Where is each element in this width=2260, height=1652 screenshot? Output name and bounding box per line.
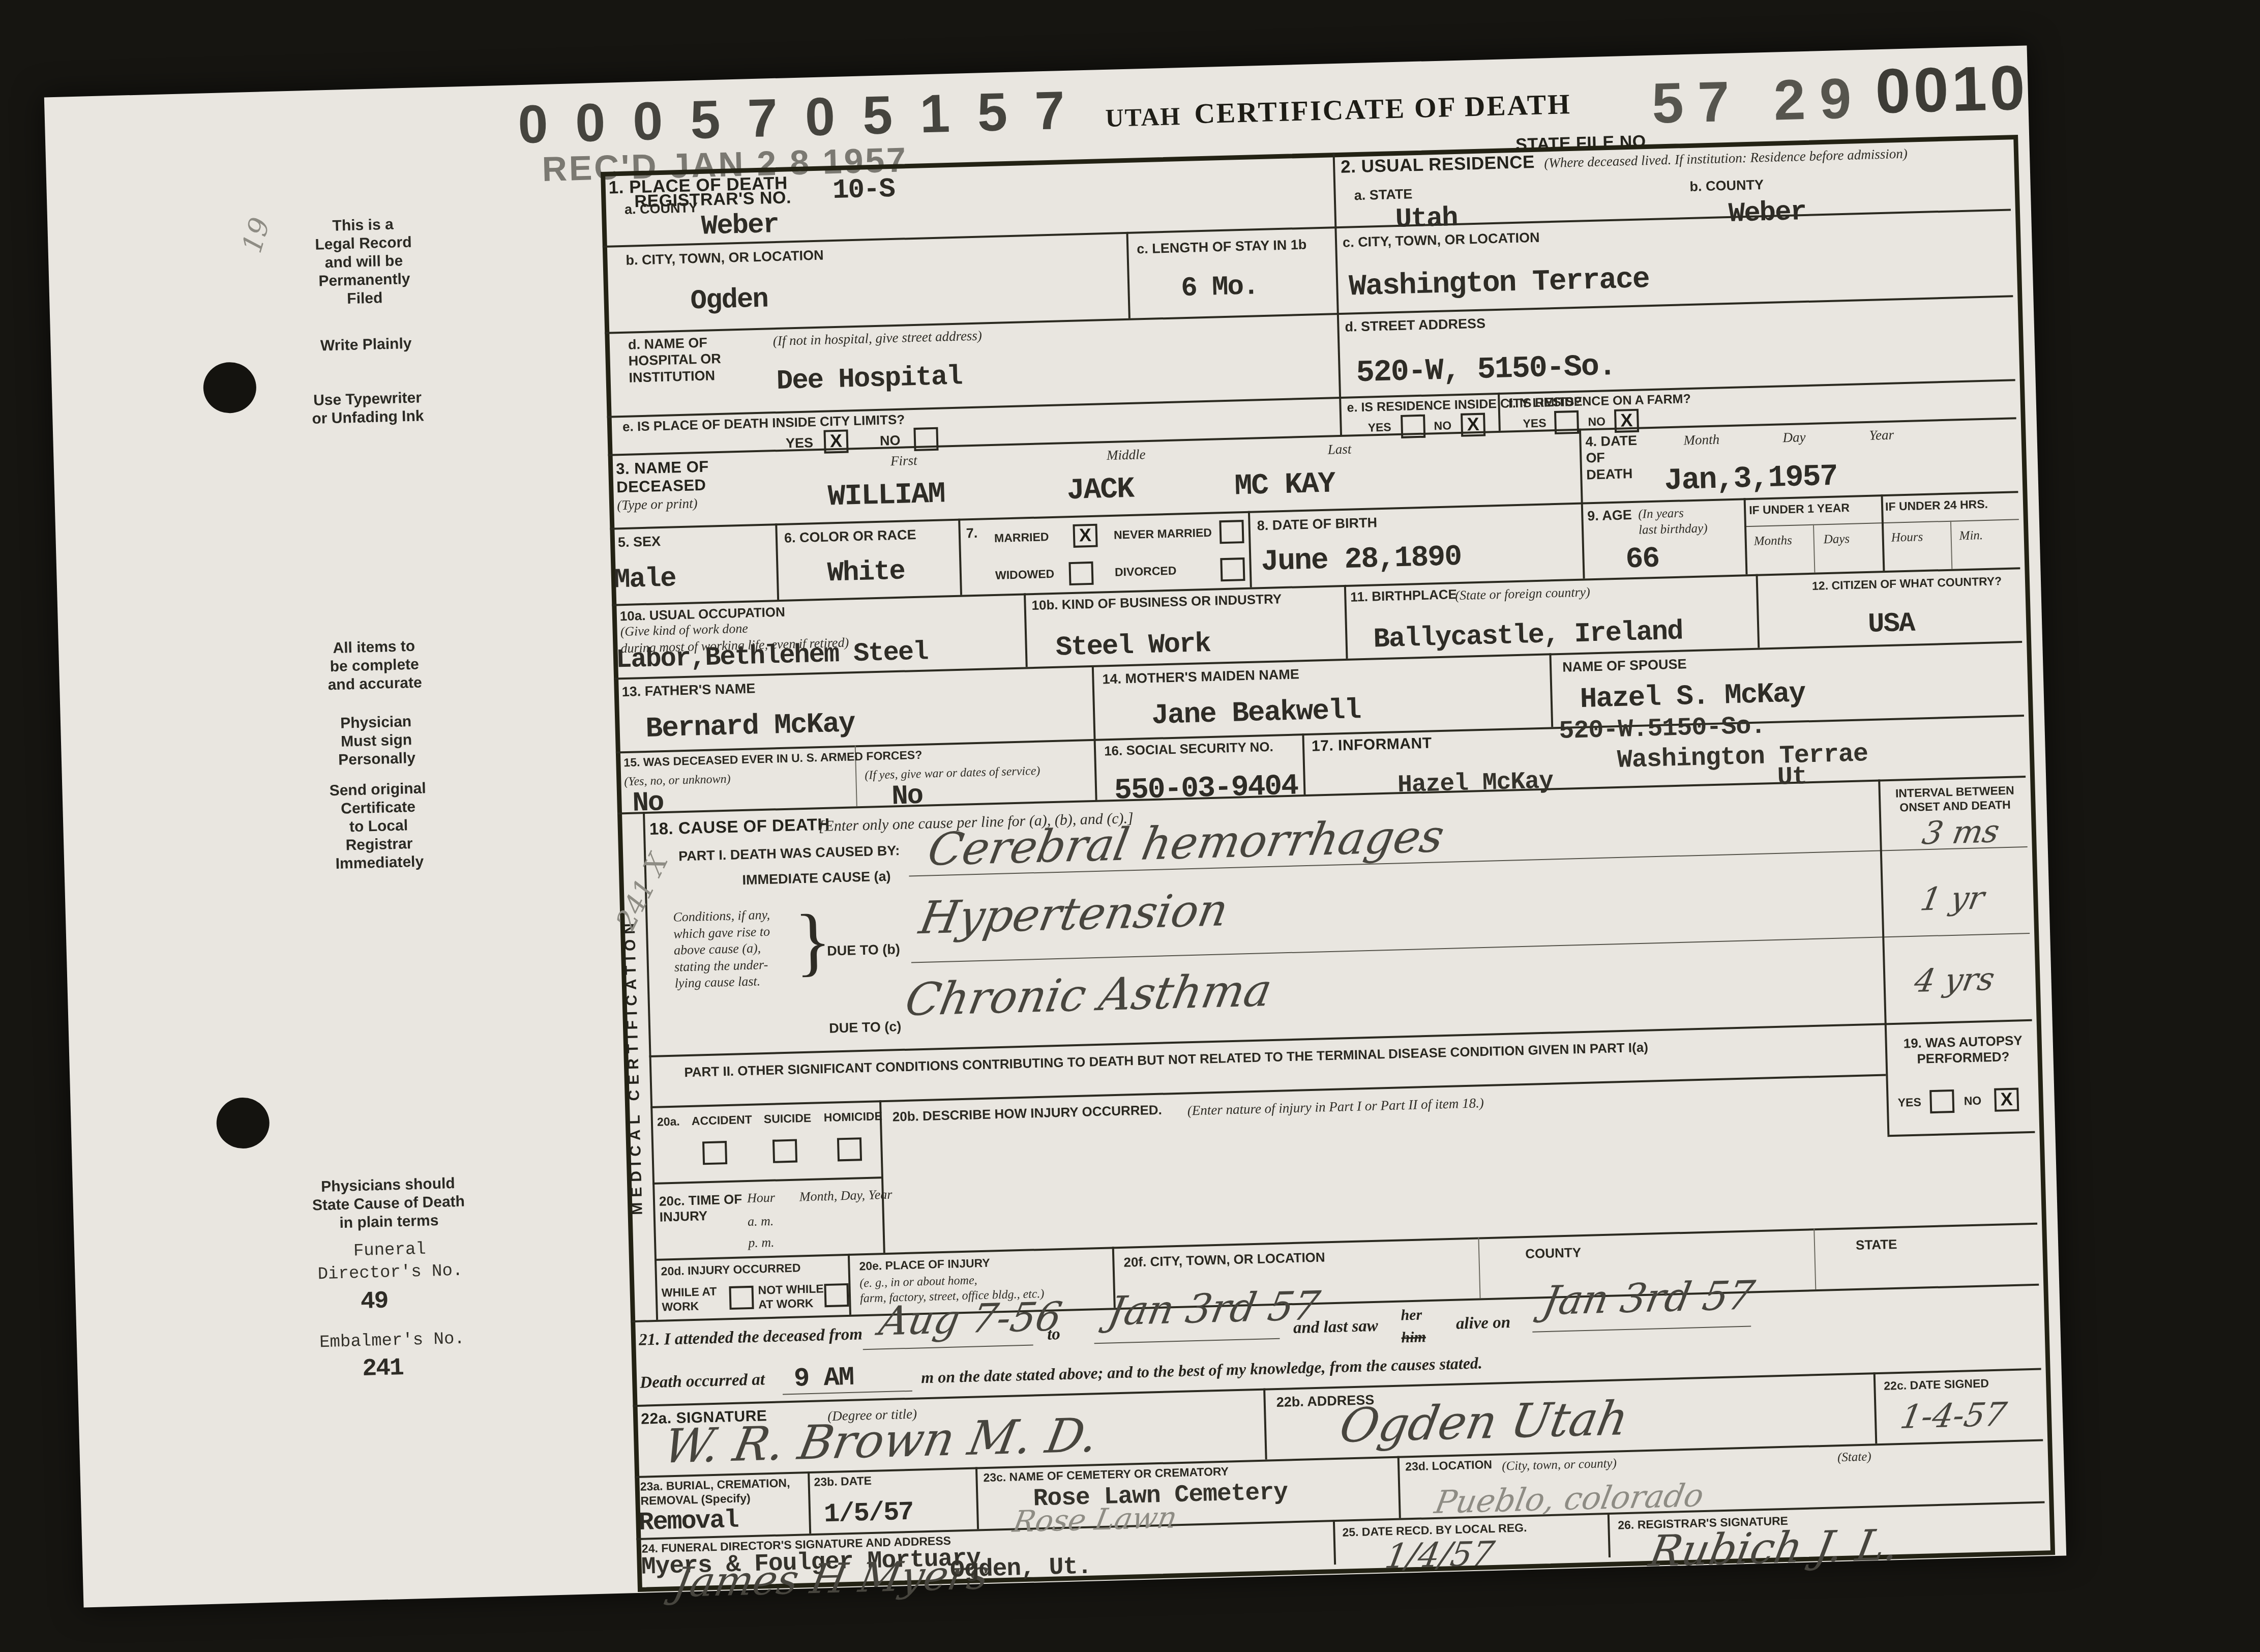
field-7-married-checkbox: X — [1073, 524, 1097, 548]
field-15-value1: No — [632, 789, 664, 818]
attended-from-handwriting: Aug 7-56 — [876, 1297, 1065, 1342]
name-of-spouse-label: NAME OF SPOUSE — [1562, 656, 1687, 675]
field-1c-value: 6 Mo. — [1181, 273, 1259, 303]
field-7-divorced-label: DIVORCED — [1115, 564, 1177, 580]
interval-label: INTERVAL BETWEEN ONSET AND DEATH — [1886, 783, 2024, 815]
conditions-note: Conditions, if any, which gave rise to a… — [673, 907, 772, 992]
field-21-last-saw-text: and last saw — [1293, 1316, 1378, 1339]
field-4-year-header: Year — [1869, 427, 1894, 445]
funeral-directors-no-value: 49 — [360, 1289, 388, 1314]
pencil-note-19: 19 — [235, 214, 276, 256]
suicide-label: SUICIDE — [764, 1111, 812, 1127]
field-1a-value: Weber — [701, 212, 779, 241]
field-15-value2: No — [891, 783, 923, 811]
field-1b-value: Ogden — [690, 286, 768, 315]
field-20c-label: 20c. TIME OF INJURY — [659, 1191, 743, 1225]
death-occurred-at-label: Death occurred at — [640, 1370, 765, 1393]
while-at-work-label: WHILE AT WORK — [661, 1285, 717, 1314]
field-2e-no-label: NO — [1434, 419, 1451, 433]
field-7-married-label: MARRIED — [994, 530, 1049, 545]
field-2e-no-checkbox: X — [1461, 413, 1485, 437]
homicide-label: HOMICIDE — [823, 1109, 882, 1125]
field-4-day-header: Day — [1782, 429, 1806, 447]
field-2e-yes-checkbox — [1401, 415, 1425, 438]
margin-note-plain-terms: Physicians should State Cause of Death i… — [296, 1174, 481, 1233]
field-10b-value: Steel Work — [1055, 631, 1210, 662]
field-19-yes-checkbox — [1929, 1089, 1954, 1113]
field-17-address-line3: Ut — [1777, 764, 1807, 791]
field-3-first-header: First — [890, 452, 917, 470]
field-7-widowed-label: WIDOWED — [995, 567, 1055, 583]
margin-note-send-original: Send original Certificate to Local Regis… — [286, 778, 471, 874]
field-3-middle-value: JACK — [1066, 475, 1134, 506]
field-3-last-value: MC KAY — [1234, 469, 1335, 501]
field-9-note: (In years last birthday) — [1638, 505, 1708, 538]
field-7-number: 7. — [966, 525, 977, 542]
field-11-note: (State or foreign country) — [1455, 584, 1590, 604]
field-2b-label: b. COUNTY — [1689, 176, 1764, 195]
field-12-value: USA — [1867, 610, 1915, 639]
field-2a-value: Utah — [1395, 205, 1458, 234]
field-5-label: 5. SEX — [618, 533, 661, 551]
date-signed-handwriting: 1-4-57 — [1898, 1398, 2009, 1434]
margin-note-all-items: All items to be complete and accurate — [282, 636, 467, 695]
margin-note-typewriter: Use Typewriter or Unfading Ink — [276, 388, 460, 429]
field-6-value: White — [827, 558, 905, 588]
interval-b-handwriting: 1 yr — [1918, 882, 1987, 916]
field-20c-pm-label: p. m. — [748, 1234, 775, 1252]
under-1-year-months-header: Months — [1753, 533, 1792, 549]
name-of-spouse-value: Hazel S. McKay — [1580, 679, 1805, 714]
embalmers-no-value: 241 — [362, 1356, 404, 1381]
field-3-middle-header: Middle — [1107, 446, 1146, 464]
state-file-stamp-5729: 57 29 — [1651, 65, 1866, 136]
field-7-never-married-label: NEVER MARRIED — [1114, 526, 1212, 543]
field-23a-value: Removal — [638, 1508, 738, 1536]
field-21-her-label: her — [1401, 1306, 1422, 1324]
death-time-value: 9 AM — [794, 1365, 854, 1393]
field-2f-no-label: NO — [1588, 415, 1605, 429]
field-2f-no-checkbox: X — [1614, 409, 1639, 433]
field-23a-label: 23a. BURIAL, CREMATION, REMOVAL (Specify… — [640, 1476, 790, 1508]
title-state: UTAH — [1105, 101, 1181, 133]
field-1e-yes-checkbox: X — [823, 429, 848, 453]
field-21-to-label: to — [1047, 1324, 1061, 1345]
funeral-home-city: Ogden, Ut. — [950, 1555, 1092, 1583]
field-4-month-header: Month — [1683, 431, 1719, 450]
field-14-value: Jane Beakwell — [1151, 696, 1361, 730]
field-2d-value: 520-W, 5150-So. — [1356, 351, 1616, 389]
field-19-label: 19. WAS AUTOPSY PERFORMED? — [1899, 1032, 2027, 1068]
field-1e-yes-label: YES — [786, 434, 814, 452]
field-23d-note: (City, town, or county) — [1502, 1456, 1617, 1474]
state-header: STATE — [1856, 1236, 1897, 1253]
under-24-hrs-hours-header: Hours — [1891, 529, 1923, 546]
field-20c-hour-header: Hour — [747, 1190, 776, 1207]
punch-hole-bottom — [216, 1097, 270, 1149]
punch-hole-top — [203, 362, 257, 414]
field-4-value: Jan,3,1957 — [1664, 462, 1838, 497]
field-19-yes-label: YES — [1897, 1096, 1921, 1110]
field-21-him-label: him — [1401, 1328, 1426, 1347]
due-to-b-label: DUE TO (b) — [827, 941, 900, 959]
under-24-hrs-label: IF UNDER 24 HRS. — [1885, 497, 1988, 514]
under-1-year-days-header: Days — [1823, 531, 1850, 548]
cause-c-handwriting: Chronic Asthma — [902, 968, 1275, 1022]
interval-c-handwriting: 4 yrs — [1912, 963, 1997, 997]
date-received-handwriting: 1/4/57 — [1383, 1537, 1497, 1574]
accident-label: ACCIDENT — [692, 1113, 753, 1129]
registrar-signature-handwriting: Rubich J. L. — [1646, 1523, 1902, 1573]
suicide-checkbox — [772, 1139, 797, 1163]
not-while-at-work-label: NOT WHILE AT WORK — [758, 1282, 824, 1312]
field-1e-no-checkbox — [913, 427, 938, 451]
field-23b-value: 1/5/57 — [824, 1499, 914, 1528]
scanned-death-certificate: { "misc": {"yes": "YES", "no": "NO", "br… — [0, 0, 2260, 1652]
location-handwriting: Pueblo, colorado — [1432, 1480, 1706, 1518]
field-3-label: 3. NAME OF DECEASED — [616, 458, 709, 496]
field-15-note1: (Yes, no, or unknown) — [624, 772, 731, 789]
field-23d-label: 23d. LOCATION — [1405, 1458, 1492, 1474]
not-while-at-work-checkbox — [824, 1283, 849, 1307]
field-2c-value: Washington Terrace — [1349, 265, 1650, 302]
field-2f-yes-checkbox — [1554, 410, 1579, 434]
field-16-value: 550-03-9404 — [1114, 772, 1298, 806]
field-7-never-married-checkbox — [1219, 520, 1244, 544]
field-23d-state-note: (State) — [1837, 1449, 1871, 1465]
field-3-first-value: WILLIAM — [827, 480, 945, 512]
field-23b-label: 23b. DATE — [814, 1474, 872, 1490]
under-24-hrs-min-header: Min. — [1959, 527, 1983, 544]
due-to-c-label: DUE TO (c) — [829, 1018, 902, 1037]
interval-a-handwriting: 3 ms — [1920, 815, 2002, 849]
field-2e-yes-label: YES — [1367, 420, 1391, 435]
last-alive-handwriting: Jan 3rd 57 — [1539, 1276, 1757, 1321]
field-22c-label: 22c. DATE SIGNED — [1884, 1376, 1989, 1393]
cause-a-handwriting: Cerebral hemorrhages — [925, 814, 1448, 872]
margin-note-write-plainly: Write Plainly — [274, 333, 458, 356]
field-13-label: 13. FATHER'S NAME — [621, 680, 755, 700]
field-9-value: 66 — [1625, 545, 1659, 575]
field-3-last-header: Last — [1327, 441, 1351, 459]
field-1e-no-label: NO — [880, 432, 901, 449]
field-21-alive-on-text: alive on — [1455, 1313, 1510, 1334]
field-1a-label: a. COUNTY — [625, 199, 698, 218]
field-17-address-line2: Washington Terrae — [1617, 742, 1868, 774]
margin-note-legal-record: This is a Legal Record and will be Perma… — [271, 214, 457, 310]
field-11-label: 11. BIRTHPLACE — [1350, 586, 1457, 605]
field-20c-am-label: a. m. — [748, 1213, 774, 1230]
field-17-label: 17. INFORMANT — [1312, 735, 1432, 756]
field-2b-value: Weber — [1728, 199, 1806, 228]
field-20a-number: 20a. — [657, 1115, 680, 1130]
field-17-informant-name: Hazel McKay — [1397, 769, 1553, 798]
conditions-brace: } — [794, 897, 832, 986]
field-2a-label: a. STATE — [1354, 186, 1412, 203]
homicide-checkbox — [837, 1137, 862, 1161]
field-7-widowed-checkbox — [1068, 562, 1093, 585]
county-header: COUNTY — [1525, 1245, 1582, 1262]
under-1-year-label: IF UNDER 1 YEAR — [1749, 501, 1850, 518]
physician-address-handwriting: Ogden Utah — [1336, 1395, 1632, 1450]
field-2f-yes-label: YES — [1523, 416, 1547, 431]
funeral-director-signature: James H Myers — [670, 1554, 992, 1604]
cause-b-handwriting: Hypertension — [916, 888, 1231, 940]
field-3-note: (Type or print) — [617, 495, 698, 514]
physician-signature-handwriting: W. R. Brown M. D. — [660, 1412, 1102, 1470]
embalmers-no-label: Embalmer's No. — [301, 1327, 484, 1355]
certificate-paper: 0005705157 REC'D JAN 2 8 1957 REGISTRAR'… — [44, 45, 2066, 1607]
while-at-work-checkbox — [729, 1286, 754, 1310]
margin-note-physician-sign: Physician Must sign Personally — [284, 711, 469, 771]
field-1d-label: d. NAME OF HOSPITAL OR INSTITUTION — [628, 334, 721, 386]
cemetery-handwriting: Rose Lawn — [1010, 1502, 1179, 1537]
field-20c-mdy-header: Month, Day, Year — [799, 1187, 892, 1205]
field-8-label: 8. DATE OF BIRTH — [1257, 514, 1377, 534]
field-5-value: Male — [613, 565, 676, 594]
attended-to-handwriting: Jan 3rd 57 — [1105, 1286, 1323, 1332]
field-19-no-checkbox: X — [1994, 1088, 2019, 1112]
field-4-label: 4. DATE OF DEATH — [1585, 432, 1638, 483]
field-9-label: 9. AGE — [1587, 507, 1632, 524]
field-8-value: June 28,1890 — [1261, 543, 1462, 577]
funeral-directors-no-label: Funeral Director's No. — [298, 1237, 482, 1287]
field-1d-value: Dee Hospital — [776, 364, 962, 396]
field-19-no-label: NO — [1964, 1094, 1981, 1108]
field-17-address-line1: 520-W.5150-So. — [1559, 714, 1766, 745]
field-6-label: 6. COLOR OR RACE — [784, 526, 916, 546]
accident-checkbox — [702, 1141, 727, 1165]
state-file-stamp-0010: 0010 — [1875, 51, 2029, 128]
title-main: CERTIFICATE OF DEATH — [1194, 88, 1572, 130]
field-7-divorced-checkbox — [1220, 557, 1245, 581]
field-13-value: Bernard McKay — [645, 709, 855, 743]
